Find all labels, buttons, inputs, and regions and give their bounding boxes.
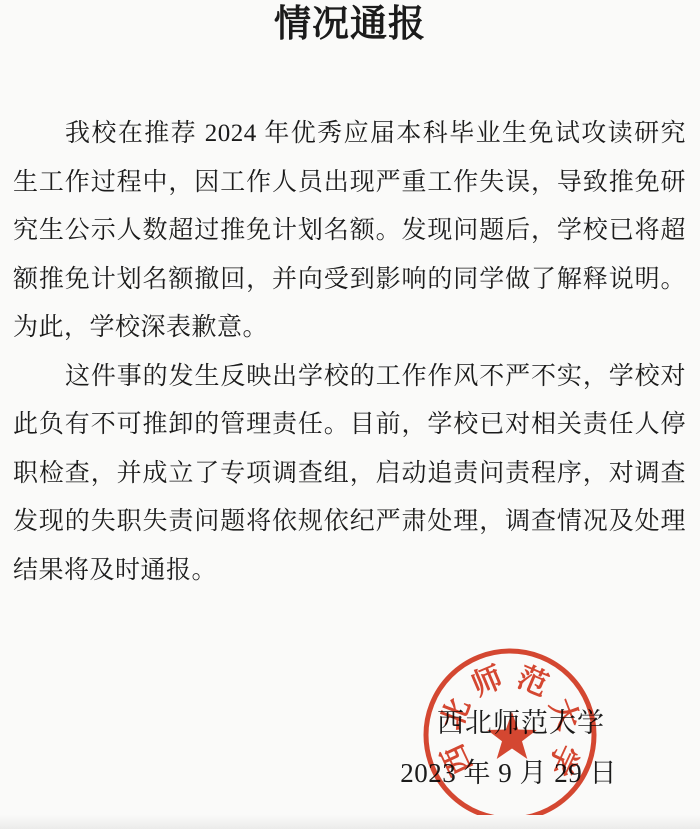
page-title: 情况通报 xyxy=(0,1,700,49)
text-line: 这件事的发生反映出学校的工作作风不严不实，学校对 xyxy=(13,353,686,402)
seal-character: 西 xyxy=(436,739,479,780)
notice-document: 情况通报 我校在推荐 2024 年优秀应届本科毕业生免试攻读研究生工作过程中，因… xyxy=(0,0,700,829)
text-line: 究生公示人数超过推免计划名额。发现问题后，学校已将超 xyxy=(13,207,686,256)
seal-character: 北 xyxy=(435,694,477,734)
university-seal-stamp: 西北师范大学 xyxy=(421,646,599,824)
text-line: 职检查，并成立了专项调查组，启动追责问责程序，对调查 xyxy=(13,450,686,499)
text-line: 发现的失职失责问题将依规依纪严肃处理，调查情况及处理 xyxy=(13,498,686,547)
text-line: 额推免计划名额撤回，并向受到影响的同学做了解释说明。 xyxy=(13,256,686,305)
seal-character: 范 xyxy=(512,661,553,703)
document-body: 我校在推荐 2024 年优秀应届本科毕业生免试攻读研究生工作过程中，因工作人员出… xyxy=(13,110,686,595)
text-line: 结果将及时通报。 xyxy=(13,547,686,596)
text-line: 此负有不可推卸的管理责任。目前，学校已对相关责任人停 xyxy=(13,401,686,450)
text-line: 生工作过程中，因工作人员出现严重工作失误，导致推免研 xyxy=(13,159,686,208)
text-line: 为此，学校深表歉意。 xyxy=(13,304,686,353)
seal-character: 学 xyxy=(541,739,584,780)
seal-character: 大 xyxy=(543,694,585,734)
seal-character: 师 xyxy=(467,661,508,703)
star-icon xyxy=(487,712,536,759)
text-line: 我校在推荐 2024 年优秀应届本科毕业生免试攻读研究 xyxy=(13,110,686,159)
